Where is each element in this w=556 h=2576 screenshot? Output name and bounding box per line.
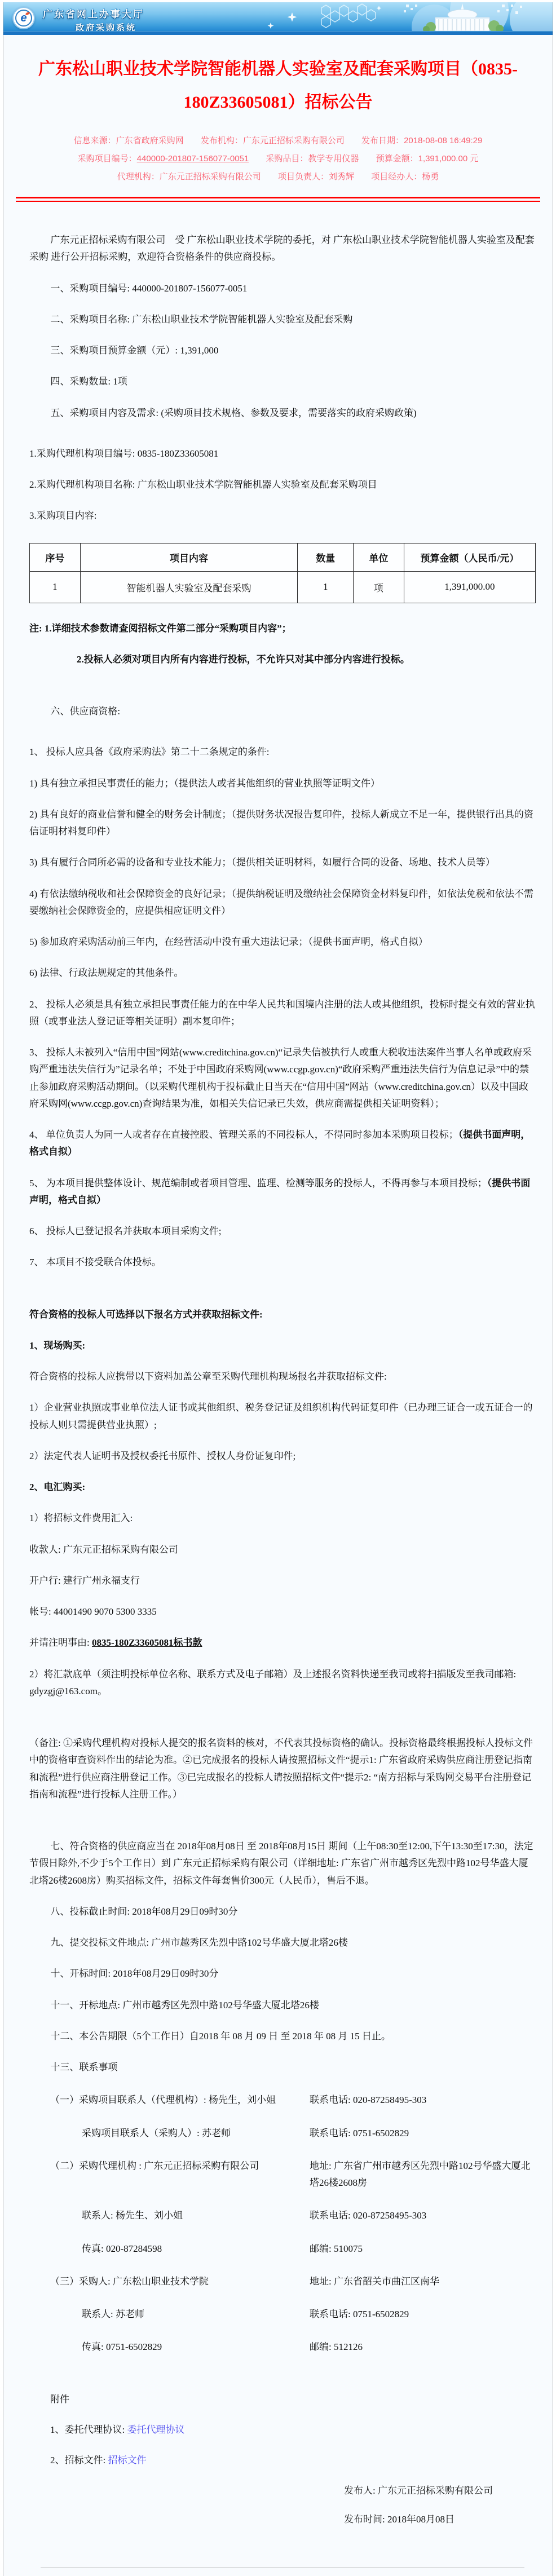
attachment-agency-agreement-link[interactable]: 委托代理协议 — [127, 2424, 184, 2435]
clause-8-bid-deadline: 八、投标截止时间: 2018年08月29日09时30分 — [29, 1903, 536, 1920]
col-header-index: 序号 — [30, 543, 81, 571]
agency-project-number: 1.采购代理机构项目编号: 0835-180Z33605081 — [29, 445, 536, 462]
remark-line: 并请注明事由: 0835-180Z33605081标书款 — [29, 1634, 536, 1651]
table-row: 1 智能机器人实验室及配套采购 1 项 1,391,000.00 — [30, 571, 536, 603]
contact-row: （一）采购项目联系人（代理机构）: 杨先生，刘小姐 联系电话: 020-8725… — [29, 2092, 536, 2109]
clause-quantity: 四、采购数量: 1项 — [29, 373, 536, 390]
table-header-row: 序号 项目内容 数量 单位 预算金额（人民币/元） — [30, 543, 536, 571]
clause-budget: 三、采购项目预算金额（元）: 1,391,000 — [29, 342, 536, 359]
meta-row-2: 采购项目编号：440000-201807-156077-0051 采购品目：教学… — [20, 151, 536, 167]
payee-line: 收款人: 广东元正招标采购有限公司 — [29, 1541, 536, 1558]
registration-methods-heading: 符合资格的投标人可选择以下报名方式并获取招标文件: — [29, 1306, 536, 1323]
qualification-item-1: 1) 具有独立承担民事责任的能力；（提供法人或者其他组织的营业执照等证明文件） — [29, 775, 536, 792]
attachment-item-1: 1、委托代理协议: 委托代理协议 — [50, 2422, 536, 2438]
attachment-bid-document-link[interactable]: 招标文件 — [108, 2455, 146, 2465]
banner-decoration-graphic — [237, 2, 553, 35]
red-double-divider — [16, 197, 540, 202]
bank-line: 开户行: 建行广州永福支行 — [29, 1572, 536, 1589]
portal-logo-icon: e — [12, 7, 35, 29]
qualification-clause-5: 5、 为本项目提供整体设计、规范编制或者项目管理、监理、检测等服务的投标人，不得… — [29, 1175, 536, 1209]
qualification-clause-3: 3、 投标人未被列入“信用中国”网站(www.creditchina.gov.c… — [29, 1044, 536, 1112]
qualification-item-6: 6) 法律、行政法规规定的其他条件。 — [29, 965, 536, 982]
col-header-content: 项目内容 — [80, 543, 298, 571]
clause-project-name: 二、采购项目名称: 广东松山职业技术学院智能机器人实验室及配套采购 — [29, 311, 536, 328]
contact-row: （二）采购代理机构 : 广东元正招标采购有限公司 地址: 广东省广州市越秀区先烈… — [29, 2158, 536, 2192]
col-header-qty: 数量 — [298, 543, 354, 571]
clause-11-opening-place: 十一、开标地点: 广州市越秀区先烈中路102号华盛大厦北塔26楼 — [29, 1997, 536, 2014]
meta-budget-label: 预算金额： — [376, 154, 418, 164]
qualification-clause-7: 7、 本项目不接受联合体投标。 — [29, 1254, 536, 1271]
note-2: 2.投标人必须对项目内所有内容进行投标，不允许只对其中部分内容进行投标。 — [29, 651, 536, 668]
supplier-qualification-heading: 六、供应商资格: — [29, 703, 536, 720]
contact-row: 联系人: 杨先生、刘小姐 联系电话: 020-87258495-303 — [29, 2207, 536, 2224]
onsite-purchase-heading: 1、现场购买: — [29, 1337, 536, 1354]
clause-content-demand: 五、采购项目内容及需求: (采购项目技术规格、参数及要求，需要落实的政府采购政策… — [29, 405, 536, 422]
agency-project-name: 2.采购代理机构项目名称: 广东松山职业技术学院智能机器人实验室及配套采购项目 — [29, 476, 536, 493]
site-banner: e 广东省网上办事大厅 政府采购系统 — [3, 2, 553, 35]
cell-budget: 1,391,000.00 — [404, 571, 535, 603]
qualification-clause-2: 2、 投标人必须是具有独立承担民事责任能力的在中华人民共和国境内注册的法人或其他… — [29, 996, 536, 1031]
project-content-table: 序号 项目内容 数量 单位 预算金额（人民币/元） 1 智能机器人实验室及配套采… — [29, 543, 536, 603]
meta-row-3: 代理机构：广东元正招标采购有限公司 项目负责人：刘秀辉 项目经办人：杨勇 — [20, 169, 536, 185]
meta-agency-value: 广东元正招标采购有限公司 — [160, 172, 261, 182]
wire-step-2: 2）将汇款底单（须注明投标单位名称、联系方式及电子邮箱）及上述报名资料快递至我司… — [29, 1666, 536, 1700]
clause-10-opening-time: 十、开标时间: 2018年08月29日09时30分 — [29, 1965, 536, 1982]
contact-row: 采购项目联系人（采购人）: 苏老师 联系电话: 0751-6502829 — [29, 2125, 536, 2142]
procurement-announcement-page: e 广东省网上办事大厅 政府采购系统 广东松山职业技术学院智能机器人实验室及配套… — [0, 0, 556, 2576]
meta-leader-label: 项目负责人： — [278, 172, 329, 182]
attachments-section: 附件 1、委托代理协议: 委托代理协议 2、招标文件: 招标文件 — [29, 2391, 536, 2469]
clause-12-announcement-period: 十二、本公告期限（5个工作日）自2018 年 08 月 09 日 至 2018 … — [29, 2028, 536, 2045]
release-date: 发布时间: 2018年08月08日 — [344, 2511, 536, 2528]
meta-category-label: 采购品目： — [266, 154, 308, 164]
announcement-title: 广东松山职业技术学院智能机器人实验室及配套采购项目（0835-180Z33605… — [27, 53, 529, 119]
contact-row: （三）采购人: 广东松山职业技术学院 地址: 广东省韶关市曲江区南华 — [29, 2273, 536, 2290]
remark-note-paragraph: （备注: ①采购代理机构对投标人提交的报名资料的核对，不代表其投标资格的确认。投… — [29, 1735, 536, 1803]
banner-bottom-strip — [3, 31, 553, 35]
qualification-clause-6: 6、 投标人已登记报名并获取本项目采购文件; — [29, 1223, 536, 1240]
meta-publisher-value: 广东元正招标采购有限公司 — [243, 136, 345, 145]
meta-handler-value: 杨勇 — [422, 172, 439, 182]
meta-agency-label: 代理机构： — [117, 172, 160, 182]
qualification-item-3: 3) 具有履行合同所必需的设备和专业技术能力；（提供相关证明材料，如履行合同的设… — [29, 854, 536, 871]
meta-budget-value: 1,391,000.00 元 — [418, 154, 479, 164]
cell-unit: 项 — [354, 571, 404, 603]
meta-category-value: 教学专用仪器 — [308, 154, 359, 164]
attachments-heading: 附件 — [50, 2391, 536, 2408]
cell-content: 智能机器人实验室及配套采购 — [80, 571, 298, 603]
bottom-divider — [41, 2568, 524, 2568]
note-1: 注: 1.详细技术参数请查阅招标文件第二部分“采购项目内容”； — [29, 620, 536, 637]
contact-row: 传真: 0751-6502829 邮编: 512126 — [29, 2339, 536, 2356]
col-header-unit: 单位 — [354, 543, 404, 571]
col-header-budget: 预算金额（人民币/元） — [404, 543, 535, 571]
contact-row: 传真: 020-87284598 邮编: 510075 — [29, 2241, 536, 2257]
content-frame: e 广东省网上办事大厅 政府采购系统 广东松山职业技术学院智能机器人实验室及配套… — [3, 2, 553, 2576]
onsite-purchase-intro: 符合资格的投标人应携带以下资料加盖公章至采购代理机构现场报名并获取招标文件: — [29, 1368, 536, 1385]
cell-qty: 1 — [298, 571, 354, 603]
meta-handler-label: 项目经办人： — [371, 172, 422, 182]
meta-source-value: 广东省政府采购网 — [116, 136, 184, 145]
onsite-doc-1: 1）企业营业执照或事业单位法人证书或其他组织、税务登记证及组织机构代码证复印件（… — [29, 1399, 536, 1434]
clause-9-submission-place: 九、提交投标文件地点: 广州市越秀区先烈中路102号华盛大厦北塔26楼 — [29, 1934, 536, 1951]
meta-source-label: 信息来源： — [74, 136, 116, 145]
cell-index: 1 — [30, 571, 81, 603]
clause-project-number: 一、采购项目编号: 440000-201807-156077-0051 — [29, 280, 536, 297]
announcement-meta: 信息来源：广东省政府采购网 发布机构：广东元正招标采购有限公司 发布日期：201… — [20, 132, 536, 185]
remark-code: 0835-180Z33605081标书款 — [92, 1637, 202, 1648]
meta-project-no-label: 采购项目编号： — [78, 154, 137, 164]
qualification-item-5: 5) 参加政府采购活动前三年内，在经营活动中没有重大违法记录；（提供书面声明，格… — [29, 934, 536, 951]
meta-pubdate-value: 2018-08-08 16:49:29 — [404, 136, 482, 145]
contact-row: 联系人: 苏老师 联系电话: 0751-6502829 — [29, 2306, 536, 2323]
qualification-item-4: 4) 有依法缴纳税收和社会保障资金的良好记录；（提供纳税证明及缴纳社会保障资金材… — [29, 886, 536, 920]
announcement-body: 广东元正招标采购有限公司 受 广东松山职业技术学院的委托，对 广东松山职业技术学… — [3, 202, 553, 2568]
intro-paragraph: 广东元正招标采购有限公司 受 广东松山职业技术学院的委托，对 广东松山职业技术学… — [29, 232, 536, 266]
meta-row-1: 信息来源：广东省政府采购网 发布机构：广东元正招标采购有限公司 发布日期：201… — [20, 132, 536, 149]
release-publisher: 发布人: 广东元正招标采购有限公司 — [344, 2482, 536, 2499]
portal-title: 广东省网上办事大厅 政府采购系统 — [43, 6, 144, 33]
clause-13-contact-heading: 十三、联系事项 — [29, 2059, 536, 2076]
portal-title-line1: 广东省网上办事大厅 — [43, 6, 144, 20]
wire-transfer-heading: 2、电汇购买: — [29, 1479, 536, 1496]
meta-pubdate-label: 发布日期： — [361, 136, 404, 145]
clause-7-purchase-period: 七、符合资格的供应商应当在 2018年08月08日 至 2018年08月15日 … — [29, 1838, 536, 1889]
qualification-item-2: 2) 具有良好的商业信誉和健全的财务会计制度；（提供财务状况报告复印件，投标人新… — [29, 806, 536, 841]
meta-leader-value: 刘秀辉 — [329, 172, 354, 182]
qualification-clause-1: 1、 投标人应具备《政府采购法》第二十二条规定的条件: — [29, 744, 536, 761]
attachment-item-2: 2、招标文件: 招标文件 — [50, 2452, 536, 2469]
contacts-section: （一）采购项目联系人（代理机构）: 杨先生，刘小姐 联系电话: 020-8725… — [29, 2092, 536, 2356]
onsite-doc-2: 2）法定代表人证明书及授权委托书原件、授权人身份证复印件; — [29, 1448, 536, 1465]
qualification-clause-4: 4、 单位负责人为同一人或者存在直接控股、管理关系的不同投标人，不得同时参加本采… — [29, 1126, 536, 1161]
wire-step-1: 1）将招标文件费用汇入: — [29, 1510, 536, 1527]
meta-project-no-link[interactable]: 440000-201807-156077-0051 — [137, 154, 249, 164]
meta-publisher-label: 发布机构： — [201, 136, 243, 145]
release-info: 发布人: 广东元正招标采购有限公司 发布时间: 2018年08月08日 — [29, 2482, 536, 2528]
account-line: 帐号: 44001490 9070 5300 3335 — [29, 1603, 536, 1620]
project-content-label: 3.采购项目内容: — [29, 507, 536, 524]
